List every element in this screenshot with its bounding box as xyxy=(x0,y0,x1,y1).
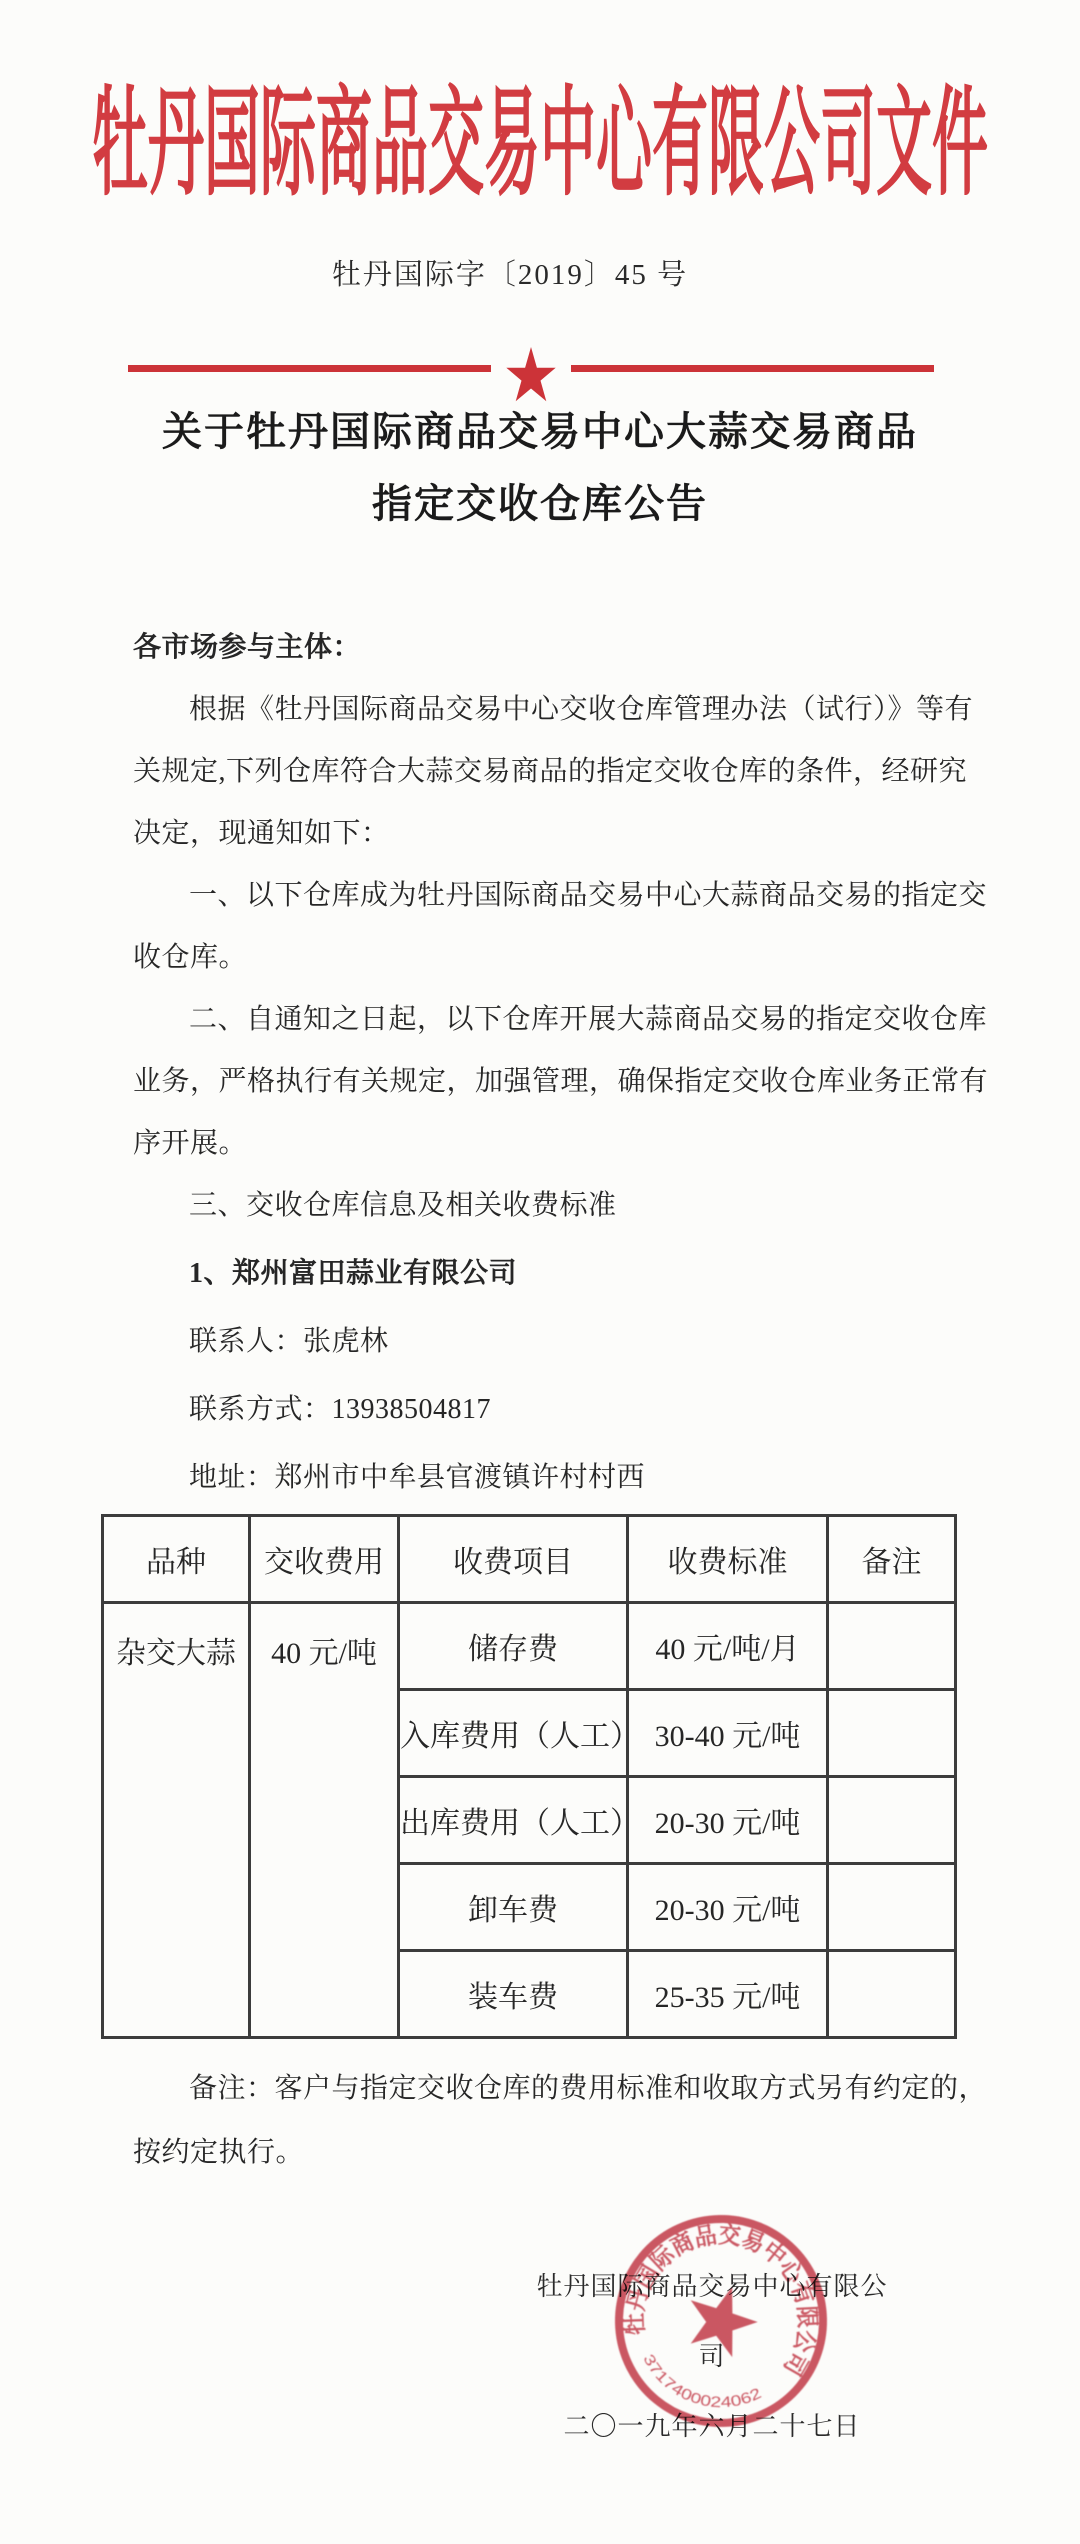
fee-standard-cell: 40 元/吨/月 xyxy=(628,1603,828,1690)
note-line: 备注：客户与指定交收仓库的费用标准和收取方式另有约定的， xyxy=(133,2057,993,2121)
fee-item-cell: 出库费用（人工） xyxy=(399,1777,628,1864)
seal-star-icon xyxy=(678,2276,766,2361)
remark-cell xyxy=(828,1951,956,2038)
fee-standard-cell: 20-30 元/吨 xyxy=(628,1864,828,1951)
letterhead-title: 牡丹国际商品交易中心有限公司文件 xyxy=(92,48,988,219)
letterhead-banner: 牡丹国际商品交易中心有限公司文件 xyxy=(0,68,1080,198)
document-title-line2: 指定交收仓库公告 xyxy=(0,468,1080,540)
svg-text:3717400024062: 3717400024062 xyxy=(631,2348,768,2427)
warehouse-name-line: 1、郑州富田蒜业有限公司 xyxy=(133,1243,993,1305)
remark-cell xyxy=(828,1690,956,1777)
fee-item-cell: 装车费 xyxy=(399,1951,628,2038)
fee-item-cell: 卸车费 xyxy=(399,1864,628,1951)
fee-standard-cell: 20-30 元/吨 xyxy=(628,1777,828,1864)
note-block: 备注：客户与指定交收仓库的费用标准和收取方式另有约定的， 按约定执行。 xyxy=(133,2057,993,2185)
column-header-variety: 品种 xyxy=(103,1516,250,1603)
document-number: 牡丹国际字〔2019〕45 号 xyxy=(332,259,688,291)
red-divider-rule xyxy=(128,333,934,403)
body-line: 序开展。 xyxy=(133,1113,993,1175)
document-title-line1: 关于牡丹国际商品交易中心大蒜交易商品 xyxy=(0,396,1080,468)
body-line: 收仓库。 xyxy=(133,927,993,989)
document-body: 各市场参与主体： 根据《牡丹国际商品交易中心交收仓库管理办法（试行）》等有 关规… xyxy=(133,617,993,1509)
remark-cell xyxy=(828,1864,956,1951)
document-title: 关于牡丹国际商品交易中心大蒜交易商品 指定交收仓库公告 xyxy=(0,396,1080,540)
seal-serial-number: 3717400024062 xyxy=(631,2348,768,2427)
remark-cell xyxy=(828,1603,956,1690)
body-line: 决定，现通知如下： xyxy=(133,803,993,865)
fee-table: 品种 交收费用 收费项目 收费标准 备注 杂交大蒜 40 元/吨 储存费 40 … xyxy=(101,1514,957,2039)
column-header-fee-item: 收费项目 xyxy=(399,1516,628,1603)
fee-item-cell: 储存费 xyxy=(399,1603,628,1690)
variety-cell: 杂交大蒜 xyxy=(103,1603,250,2038)
column-header-fee-standard: 收费标准 xyxy=(628,1516,828,1603)
section-heading: 三、交收仓库信息及相关收费标准 xyxy=(133,1175,993,1237)
body-line: 根据《牡丹国际商品交易中心交收仓库管理办法（试行）》等有 xyxy=(133,679,993,741)
delivery-fee-cell: 40 元/吨 xyxy=(250,1603,399,2038)
document-number-row: 牡丹国际字〔2019〕45 号 xyxy=(0,252,1080,293)
fee-table-header-row: 品种 交收费用 收费项目 收费标准 备注 xyxy=(103,1516,956,1603)
fee-standard-cell: 25-35 元/吨 xyxy=(628,1951,828,2038)
remark-cell xyxy=(828,1777,956,1864)
contact-person-line: 联系人：张虎林 xyxy=(133,1311,993,1373)
scanned-official-document: { "document": { "header_title": "牡丹国际商品交… xyxy=(0,0,1080,2544)
column-header-delivery-fee: 交收费用 xyxy=(250,1516,399,1603)
fee-standard-cell: 30-40 元/吨 xyxy=(628,1690,828,1777)
body-line: 一、以下仓库成为牡丹国际商品交易中心大蒜商品交易的指定交 xyxy=(133,865,993,927)
contact-phone-line: 联系方式：13938504817 xyxy=(133,1379,993,1441)
address-line: 地址：郑州市中牟县官渡镇许村村西 xyxy=(133,1447,993,1509)
body-line: 业务，严格执行有关规定，加强管理，确保指定交收仓库业务正常有 xyxy=(133,1051,993,1113)
column-header-remark: 备注 xyxy=(828,1516,956,1603)
salutation-line: 各市场参与主体： xyxy=(133,617,993,679)
divider-line-left xyxy=(128,365,491,372)
divider-line-right xyxy=(571,365,934,372)
note-line: 按约定执行。 xyxy=(133,2121,993,2185)
fee-item-cell: 入库费用（人工） xyxy=(399,1690,628,1777)
body-line: 二、自通知之日起，以下仓库开展大蒜商品交易的指定交收仓库 xyxy=(133,989,993,1051)
body-line: 关规定,下列仓库符合大蒜交易商品的指定交收仓库的条件，经研究 xyxy=(133,741,993,803)
table-row: 杂交大蒜 40 元/吨 储存费 40 元/吨/月 xyxy=(103,1603,956,1690)
